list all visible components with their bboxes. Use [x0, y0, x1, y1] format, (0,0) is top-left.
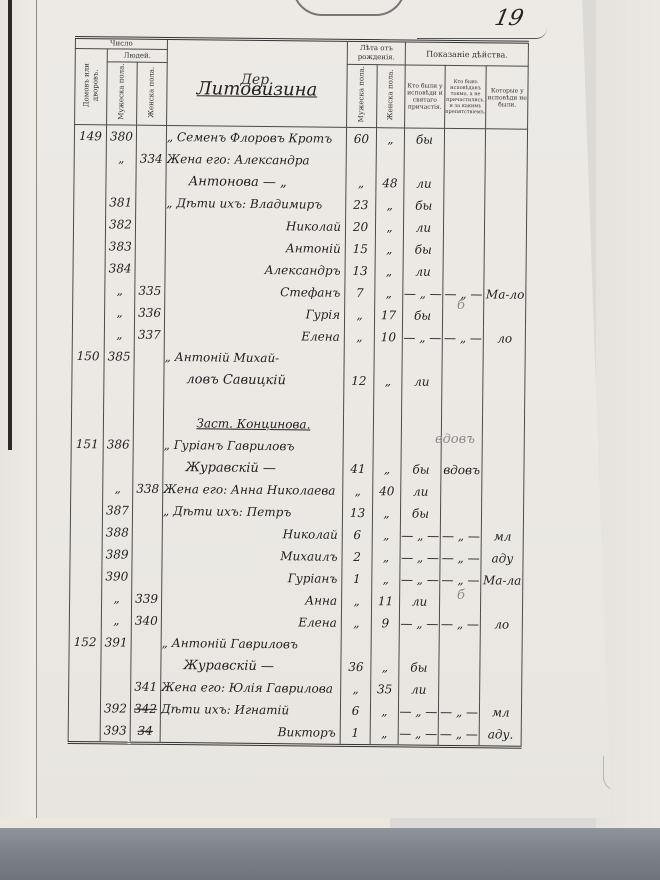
female-number: 340 — [131, 610, 161, 632]
yard-number — [71, 455, 103, 477]
female-number — [135, 236, 165, 258]
status-confessed: — „ — — [402, 326, 442, 348]
age-male: 36 — [341, 656, 371, 678]
status-not-communed — [442, 393, 484, 415]
status-not-communed — [439, 679, 481, 701]
status-confessed: — „ — — [400, 524, 440, 546]
status-absent — [484, 305, 526, 327]
status-confessed: ли — [404, 172, 444, 194]
female-number — [133, 434, 163, 456]
status-absent: аду — [481, 547, 523, 569]
female-number — [133, 412, 163, 434]
status-confessed: — „ — — [403, 282, 443, 304]
status-confessed — [404, 150, 444, 172]
female-number: 338 — [133, 478, 163, 500]
status-absent — [485, 173, 527, 195]
status-confessed — [402, 348, 442, 370]
female-number: 336 — [134, 302, 164, 324]
age-male: 41 — [343, 458, 373, 480]
person-name: Александръ — [165, 258, 345, 282]
person-name: Жена его: Юлія Гаврилова — [161, 676, 341, 700]
yard-number — [72, 301, 104, 323]
yard-number: 152 — [69, 631, 101, 653]
male-number: „ — [104, 323, 134, 345]
age-male: 13 — [345, 260, 375, 282]
status-absent — [482, 459, 524, 481]
previous-page-edge — [0, 0, 36, 830]
female-number: 337 — [134, 324, 164, 346]
header-female: Женска пола. — [137, 62, 168, 125]
header-status-not-communed: Кто бывъ исповѣданъ токмо, а не причасти… — [445, 65, 487, 128]
male-number: 387 — [102, 499, 132, 521]
age-male — [343, 436, 373, 458]
status-absent: аду. — [479, 723, 521, 747]
status-not-communed — [441, 481, 483, 503]
age-male: 2 — [342, 546, 372, 568]
female-number — [136, 125, 166, 148]
female-number — [135, 214, 165, 236]
yard-number — [70, 565, 102, 587]
person-name: Заст. Концинова. — [163, 412, 343, 436]
male-number: 393 — [100, 719, 130, 743]
yard-number — [69, 675, 101, 697]
age-female: 48 — [376, 172, 404, 194]
male-number: „ — [101, 587, 131, 609]
age-male — [346, 150, 376, 172]
age-male: 1 — [340, 722, 370, 746]
yard-number — [73, 257, 105, 279]
male-number: 381 — [106, 191, 136, 213]
age-female — [374, 348, 402, 370]
status-absent: мл — [480, 701, 522, 723]
status-absent: ло — [484, 327, 526, 349]
person-name: Гуріанъ — [162, 566, 342, 590]
yard-number — [68, 697, 100, 719]
male-number — [101, 675, 131, 697]
age-female: „ — [376, 128, 404, 151]
person-name: Николай — [162, 522, 342, 546]
header-status-group: Показаніе дѣйства. — [405, 41, 529, 66]
male-number — [103, 411, 133, 433]
person-name: ловъ Савицкій — [164, 368, 344, 392]
female-number — [133, 456, 163, 478]
age-female: „ — [375, 282, 403, 304]
person-name — [164, 390, 344, 414]
register-page: ⚜ 19 Число Дер. Литовизина Лѣта отъ рожд… — [36, 0, 617, 818]
desk-surface — [0, 828, 660, 880]
status-not-communed — [442, 371, 484, 393]
yard-number — [69, 587, 101, 609]
female-number — [132, 544, 162, 566]
person-name: „ Дѣти ихъ: Петръ — [162, 500, 342, 524]
header-age-group: Лѣта отъ рожденія. — [347, 40, 405, 65]
yard-number — [70, 521, 102, 543]
male-number: „ — [106, 147, 136, 169]
male-number — [106, 169, 136, 191]
female-number — [136, 192, 166, 214]
person-name: Елена — [164, 324, 344, 348]
confession-register-table: Число Дер. Литовизина Лѣта отъ рожденія.… — [68, 36, 530, 749]
yard-number: 151 — [71, 433, 103, 455]
age-female: „ — [372, 502, 400, 524]
male-number: „ — [103, 477, 133, 499]
person-name: Журавскій — — [163, 456, 343, 480]
age-male: „ — [346, 172, 376, 194]
status-not-communed — [444, 151, 486, 173]
male-number: 385 — [104, 345, 134, 367]
status-not-communed — [439, 657, 481, 679]
status-confessed: бы — [399, 656, 439, 678]
age-male — [344, 348, 374, 370]
male-number: 391 — [101, 631, 131, 653]
status-not-communed — [440, 503, 482, 525]
yard-number — [73, 213, 105, 235]
status-absent — [480, 635, 522, 657]
age-male — [344, 392, 374, 414]
status-absent — [486, 129, 528, 152]
person-name: Анна — [161, 588, 341, 612]
age-male: 60 — [346, 127, 376, 150]
age-female — [376, 150, 404, 172]
male-number: 386 — [103, 433, 133, 455]
age-female: 35 — [371, 678, 399, 700]
seal-emblem-icon: ⚜ — [292, 0, 406, 16]
village-name: Литовизина — [167, 83, 346, 94]
female-number — [136, 170, 166, 192]
status-confessed: бы — [404, 128, 444, 151]
yard-number — [69, 609, 101, 631]
age-female: 9 — [371, 612, 399, 634]
status-absent: Ма-ло — [484, 283, 526, 305]
male-number — [104, 389, 134, 411]
female-number — [132, 522, 162, 544]
male-number: „ — [104, 301, 134, 323]
status-absent — [483, 415, 525, 437]
male-number: 389 — [102, 543, 132, 565]
age-female — [371, 634, 399, 656]
status-absent — [485, 151, 527, 173]
age-male: „ — [341, 590, 371, 612]
status-confessed: бы — [402, 304, 442, 326]
age-female — [373, 436, 401, 458]
status-confessed — [402, 392, 442, 414]
status-not-communed — [442, 349, 484, 371]
person-name: „ Антоній Гавриловъ — [161, 632, 341, 656]
person-name: Антонова — „ — [166, 170, 346, 194]
header-male: Мужеска пола. — [107, 62, 138, 125]
age-female: 40 — [373, 480, 401, 502]
age-male: „ — [341, 678, 371, 700]
status-not-communed — [439, 635, 481, 657]
male-number: 384 — [105, 257, 135, 279]
status-confessed — [399, 634, 439, 656]
age-female: „ — [374, 370, 402, 392]
status-not-communed — [443, 217, 485, 239]
yard-number — [74, 191, 106, 213]
female-number: 335 — [135, 280, 165, 302]
age-male: 6 — [340, 700, 370, 722]
status-confessed: — „ — — [400, 546, 440, 568]
status-absent: Ма-ла — [481, 569, 523, 591]
person-name: Жена его: Анна Николаева — [163, 478, 343, 502]
female-number: 341 — [131, 676, 161, 698]
age-female: 17 — [374, 304, 402, 326]
yard-number — [69, 653, 101, 675]
yard-number — [74, 169, 106, 191]
age-female: „ — [376, 194, 404, 216]
status-not-communed — [444, 173, 486, 195]
status-not-communed: — „ — — [442, 327, 484, 349]
status-confessed: — „ — — [398, 722, 438, 746]
age-male: 20 — [345, 216, 375, 238]
status-absent — [480, 657, 522, 679]
age-female: „ — [371, 656, 399, 678]
status-confessed: бы — [400, 502, 440, 524]
female-number — [135, 258, 165, 280]
male-number: 383 — [105, 235, 135, 257]
male-number — [104, 367, 134, 389]
female-number — [134, 346, 164, 368]
age-male — [341, 634, 371, 656]
female-number — [132, 500, 162, 522]
age-male: 23 — [346, 194, 376, 216]
status-absent — [480, 679, 522, 701]
status-not-communed: — „ — — [438, 723, 480, 747]
age-male: 13 — [342, 502, 372, 524]
pencil-note-widow: вдовъ — [435, 432, 475, 447]
status-absent — [483, 393, 525, 415]
pencil-note: б — [457, 298, 465, 313]
age-female: „ — [372, 568, 400, 590]
female-number — [134, 368, 164, 390]
female-number: 334 — [136, 148, 166, 170]
age-male: „ — [343, 480, 373, 502]
status-absent — [482, 503, 524, 525]
male-number: „ — [105, 279, 135, 301]
age-female: „ — [372, 546, 400, 568]
yard-number: 150 — [72, 345, 104, 367]
person-name: Стефанъ — [165, 280, 345, 304]
yard-number — [71, 477, 103, 499]
yard-number — [72, 389, 104, 411]
person-name: „ Антоній Михай- — [164, 346, 344, 370]
age-female: „ — [375, 260, 403, 282]
age-female: 10 — [374, 326, 402, 348]
age-male: 7 — [345, 282, 375, 304]
status-not-communed: — „ — — [440, 525, 482, 547]
male-number: 380 — [106, 125, 136, 148]
age-male: „ — [344, 304, 374, 326]
male-number: 388 — [102, 521, 132, 543]
male-number — [101, 653, 131, 675]
age-female: „ — [372, 524, 400, 546]
status-absent — [483, 349, 525, 371]
status-not-communed — [443, 239, 485, 261]
status-confessed: бы — [401, 458, 441, 480]
header-people-group: Людей. — [107, 49, 167, 63]
yard-number — [70, 499, 102, 521]
age-female: 11 — [371, 590, 399, 612]
person-name: Жена его: Александра — [166, 148, 346, 172]
male-number: 390 — [102, 565, 132, 587]
person-name: Елена — [161, 610, 341, 634]
male-number: 382 — [105, 213, 135, 235]
person-name: „ Гуріанъ Гавриловъ — [163, 434, 343, 458]
status-confessed: ли — [399, 590, 439, 612]
yard-number — [70, 543, 102, 565]
female-number — [131, 632, 161, 654]
status-confessed: бы — [403, 238, 443, 260]
status-not-communed — [444, 128, 486, 151]
status-absent — [483, 371, 525, 393]
age-male: 12 — [344, 370, 374, 392]
age-female: „ — [375, 238, 403, 260]
female-number: 34 — [130, 720, 160, 744]
female-number — [132, 566, 162, 588]
page-number-flourish — [417, 28, 547, 39]
status-absent — [482, 481, 524, 503]
status-confessed: ли — [399, 678, 439, 700]
person-name: Антоній — [165, 236, 345, 260]
status-not-communed: — „ — — [440, 547, 482, 569]
header-status-absent: Которые у исповѣди не были. — [486, 66, 529, 129]
status-confessed: ли — [402, 370, 442, 392]
female-number: 342 — [130, 698, 160, 720]
age-female: „ — [373, 458, 401, 480]
status-not-communed — [443, 261, 485, 283]
status-not-communed: — „ — — [439, 613, 481, 635]
age-female: „ — [375, 216, 403, 238]
status-absent — [485, 195, 527, 217]
status-not-communed — [444, 195, 486, 217]
age-male: 1 — [342, 568, 372, 590]
status-absent — [481, 591, 523, 613]
status-absent — [485, 239, 527, 261]
age-male: 15 — [345, 238, 375, 260]
header-yard: Домовъ или дворовъ. — [75, 49, 108, 125]
person-name: Журавскій — — [161, 654, 341, 678]
male-number: 392 — [100, 697, 130, 719]
yard-number — [74, 147, 106, 169]
person-name: Николай — [165, 214, 345, 238]
person-name: Викторъ — [160, 720, 340, 745]
age-male: „ — [344, 326, 374, 348]
yard-number — [73, 279, 105, 301]
header-status-confessed: Кто были у исповѣди и святаго причастія. — [405, 65, 446, 128]
table-row: 39334Викторъ1„— „ —— „ —аду. — [68, 719, 522, 747]
age-male: „ — [341, 612, 371, 634]
header-age-female: Женска пола. — [377, 65, 406, 128]
person-name: Михаилъ — [162, 544, 342, 568]
male-number — [103, 455, 133, 477]
status-not-communed: вдовъ — [441, 459, 483, 481]
pencil-note: б — [457, 588, 465, 603]
age-female — [374, 392, 402, 414]
yard-number: 149 — [74, 125, 106, 148]
male-number: „ — [101, 609, 131, 631]
yard-number — [71, 411, 103, 433]
status-confessed: бы — [404, 194, 444, 216]
status-confessed: ли — [403, 216, 443, 238]
status-confessed: — „ — — [400, 568, 440, 590]
age-male: 6 — [342, 524, 372, 546]
female-number — [131, 654, 161, 676]
female-number: 339 — [131, 588, 161, 610]
age-female: „ — [370, 722, 398, 746]
status-absent: ло — [481, 613, 523, 635]
status-confessed: — „ — — [399, 612, 439, 634]
previous-page-rule — [8, 0, 12, 450]
status-confessed: ли — [403, 260, 443, 282]
person-name: Дѣти ихъ: Игнатій — [160, 698, 340, 722]
yard-number — [72, 323, 104, 345]
person-name: „ Семенъ Флоровъ Кротъ — [166, 125, 346, 149]
status-confessed: ли — [401, 480, 441, 502]
yard-number — [73, 235, 105, 257]
status-confessed: — „ — — [398, 700, 438, 722]
female-number — [134, 390, 164, 412]
status-absent — [484, 261, 526, 283]
age-male — [343, 414, 373, 436]
status-absent — [482, 437, 524, 459]
header-age-male: Мужеска пола. — [347, 64, 378, 127]
yard-number — [72, 367, 104, 389]
status-absent — [485, 217, 527, 239]
person-name: Гурія — [164, 302, 344, 326]
status-not-communed: — „ — — [438, 701, 480, 723]
village-title-cell: Дер. Литовизина — [167, 38, 348, 127]
yard-number — [68, 719, 100, 743]
age-female: „ — [370, 700, 398, 722]
status-absent: мл — [482, 525, 524, 547]
age-female — [373, 414, 401, 436]
person-name: „ Дѣти ихъ: Владимиръ — [166, 192, 346, 216]
